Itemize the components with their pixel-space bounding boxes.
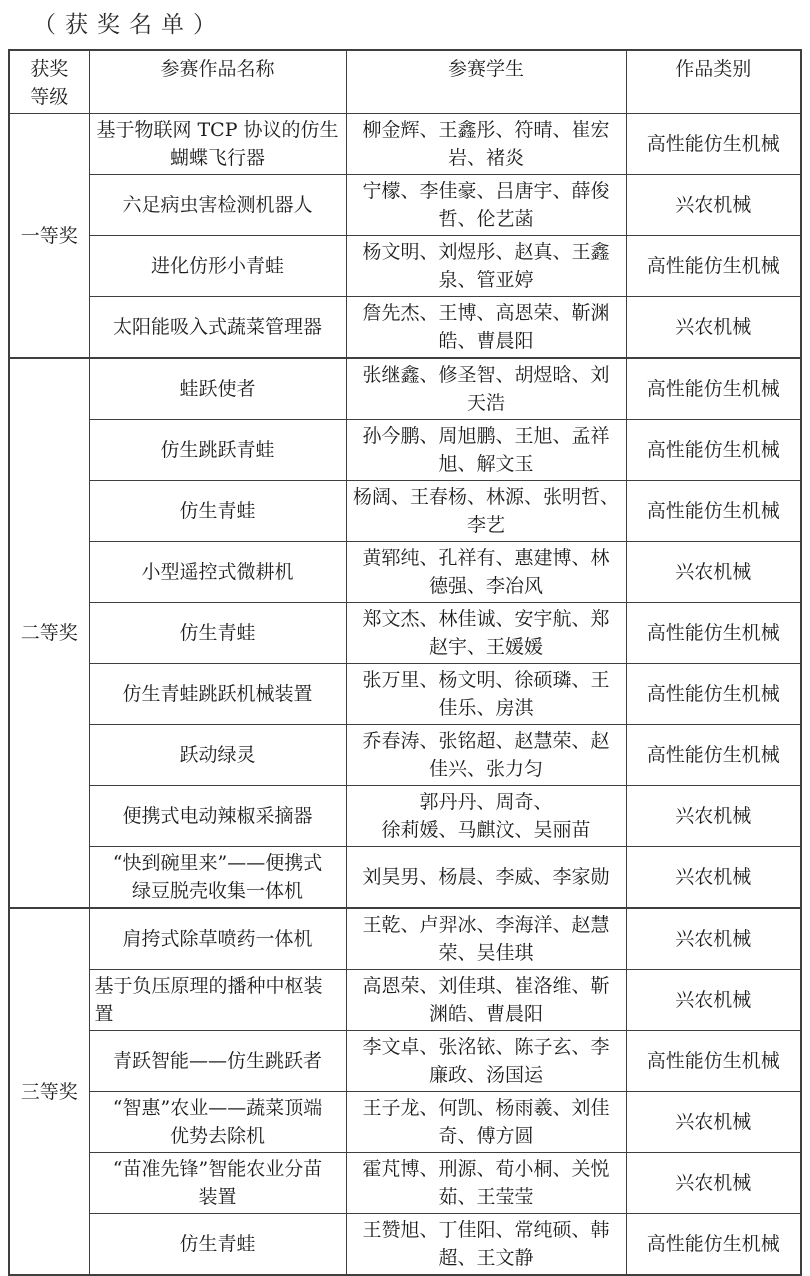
students-cell: 宁檬、李佳豪、吕唐宇、薛俊 哲、伦艺菡: [346, 175, 626, 236]
table-row: 青跃智能——仿生跳跃者李文卓、张洺铱、陈子玄、李 廉政、汤国运高性能仿生机械: [9, 1031, 801, 1092]
students-cell: 詹先杰、王博、高恩荣、靳渊 皓、曹晨阳: [346, 297, 626, 359]
table-row: “苗准先锋”智能农业分苗 装置霍芃博、刑源、荀小桐、关悦 茹、王莹莹兴农机械: [9, 1153, 801, 1214]
table-row: 仿生跳跃青蛙孙今鹏、周旭鹏、王旭、孟祥 旭、解文玉高性能仿生机械: [9, 420, 801, 481]
students-cell: 李文卓、张洺铱、陈子玄、李 廉政、汤国运: [346, 1031, 626, 1092]
header-row: 获奖 等级 参赛作品名称 参赛学生 作品类别: [9, 50, 801, 114]
table-row: 太阳能吸入式蔬菜管理器詹先杰、王博、高恩荣、靳渊 皓、曹晨阳兴农机械: [9, 297, 801, 359]
table-row: 仿生青蛙跳跃机械装置张万里、杨文明、徐硕璘、王 佳乐、房淇高性能仿生机械: [9, 664, 801, 725]
category-cell: 高性能仿生机械: [626, 664, 801, 725]
award-level-cell: 一等奖: [9, 114, 89, 359]
work-name-cell: “苗准先锋”智能农业分苗 装置: [89, 1153, 346, 1214]
category-cell: 高性能仿生机械: [626, 236, 801, 297]
header-award-level: 获奖 等级: [9, 50, 89, 114]
work-name-cell: 仿生青蛙: [89, 603, 346, 664]
category-cell: 兴农机械: [626, 297, 801, 359]
table-row: 小型遥控式微耕机黄郓纯、孔祥有、惠建博、林 德强、李冶风兴农机械: [9, 542, 801, 603]
work-name-cell: 基于物联网 TCP 协议的仿生 蝴蝶飞行器: [89, 114, 346, 175]
table-row: 一等奖基于物联网 TCP 协议的仿生 蝴蝶飞行器柳金辉、王鑫彤、符晴、崔宏 岩、…: [9, 114, 801, 175]
header-work-name: 参赛作品名称: [89, 50, 346, 114]
students-cell: 王赞旭、丁佳阳、常纯硕、韩 超、王文静: [346, 1214, 626, 1276]
award-level-cell: 三等奖: [9, 908, 89, 1275]
category-cell: 兴农机械: [626, 786, 801, 847]
work-name-cell: 太阳能吸入式蔬菜管理器: [89, 297, 346, 359]
category-cell: 高性能仿生机械: [626, 420, 801, 481]
work-name-cell: 仿生青蛙: [89, 1214, 346, 1276]
table-row: “智惠”农业——蔬菜顶端 优势去除机王子龙、何凯、杨雨羲、刘佳 奇、傅方圆兴农机…: [9, 1092, 801, 1153]
students-cell: 乔春涛、张铭超、赵慧荣、赵 佳兴、张力匀: [346, 725, 626, 786]
category-cell: 高性能仿生机械: [626, 114, 801, 175]
students-cell: 张万里、杨文明、徐硕璘、王 佳乐、房淇: [346, 664, 626, 725]
students-cell: 杨文明、刘煜彤、赵真、王鑫 泉、管亚婷: [346, 236, 626, 297]
students-cell: 王乾、卢羿冰、李海洋、赵慧 荣、吴佳琪: [346, 908, 626, 970]
work-name-cell: 仿生跳跃青蛙: [89, 420, 346, 481]
table-row: 基于负压原理的播种中枢装 置高恩荣、刘佳琪、崔洛维、靳 渊皓、曹晨阳兴农机械: [9, 970, 801, 1031]
category-cell: 兴农机械: [626, 542, 801, 603]
table-row: 二等奖蛙跃使者张继鑫、修圣智、胡煜晗、刘 天浩高性能仿生机械: [9, 358, 801, 420]
page-title: （获奖名单）: [33, 6, 810, 39]
category-cell: 高性能仿生机械: [626, 481, 801, 542]
students-cell: 黄郓纯、孔祥有、惠建博、林 德强、李冶风: [346, 542, 626, 603]
work-name-cell: 仿生青蛙跳跃机械装置: [89, 664, 346, 725]
table-row: 进化仿形小青蛙杨文明、刘煜彤、赵真、王鑫 泉、管亚婷高性能仿生机械: [9, 236, 801, 297]
header-category: 作品类别: [626, 50, 801, 114]
students-cell: 刘昊男、杨晨、李威、李家勋: [346, 847, 626, 909]
work-name-cell: 青跃智能——仿生跳跃者: [89, 1031, 346, 1092]
table-row: 六足病虫害检测机器人宁檬、李佳豪、吕唐宇、薛俊 哲、伦艺菡兴农机械: [9, 175, 801, 236]
students-cell: 郑文杰、林佳诚、安宇航、郑 赵宇、王媛媛: [346, 603, 626, 664]
table-row: 便携式电动辣椒采摘器郭丹丹、周奇、 徐莉媛、马麒汶、吴丽苗兴农机械: [9, 786, 801, 847]
work-name-cell: 跃动绿灵: [89, 725, 346, 786]
work-name-cell: 基于负压原理的播种中枢装 置: [89, 970, 346, 1031]
category-cell: 兴农机械: [626, 1153, 801, 1214]
students-cell: 霍芃博、刑源、荀小桐、关悦 茹、王莹莹: [346, 1153, 626, 1214]
category-cell: 高性能仿生机械: [626, 725, 801, 786]
category-cell: 兴农机械: [626, 908, 801, 970]
table-header: 获奖 等级 参赛作品名称 参赛学生 作品类别: [9, 50, 801, 114]
table-row: 仿生青蛙杨阔、王春杨、林源、张明哲、 李艺高性能仿生机械: [9, 481, 801, 542]
table-row: 仿生青蛙郑文杰、林佳诚、安宇航、郑 赵宇、王媛媛高性能仿生机械: [9, 603, 801, 664]
table-row: 三等奖肩挎式除草喷药一体机王乾、卢羿冰、李海洋、赵慧 荣、吴佳琪兴农机械: [9, 908, 801, 970]
category-cell: 兴农机械: [626, 847, 801, 909]
category-cell: 兴农机械: [626, 175, 801, 236]
work-name-cell: 六足病虫害检测机器人: [89, 175, 346, 236]
category-cell: 高性能仿生机械: [626, 1031, 801, 1092]
document-page: （获奖名单） 获奖 等级 参赛作品名称 参赛学生 作品类别 一等奖基于物联网 T…: [0, 0, 810, 1276]
work-name-cell: 小型遥控式微耕机: [89, 542, 346, 603]
table-row: 跃动绿灵乔春涛、张铭超、赵慧荣、赵 佳兴、张力匀高性能仿生机械: [9, 725, 801, 786]
students-cell: 孙今鹏、周旭鹏、王旭、孟祥 旭、解文玉: [346, 420, 626, 481]
category-cell: 高性能仿生机械: [626, 1214, 801, 1276]
category-cell: 兴农机械: [626, 970, 801, 1031]
work-name-cell: 便携式电动辣椒采摘器: [89, 786, 346, 847]
header-students: 参赛学生: [346, 50, 626, 114]
category-cell: 兴农机械: [626, 1092, 801, 1153]
award-level-cell: 二等奖: [9, 358, 89, 908]
awards-table: 获奖 等级 参赛作品名称 参赛学生 作品类别 一等奖基于物联网 TCP 协议的仿…: [8, 49, 802, 1276]
students-cell: 王子龙、何凯、杨雨羲、刘佳 奇、傅方圆: [346, 1092, 626, 1153]
table-body: 一等奖基于物联网 TCP 协议的仿生 蝴蝶飞行器柳金辉、王鑫彤、符晴、崔宏 岩、…: [9, 114, 801, 1276]
students-cell: 张继鑫、修圣智、胡煜晗、刘 天浩: [346, 358, 626, 420]
students-cell: 杨阔、王春杨、林源、张明哲、 李艺: [346, 481, 626, 542]
students-cell: 高恩荣、刘佳琪、崔洛维、靳 渊皓、曹晨阳: [346, 970, 626, 1031]
category-cell: 高性能仿生机械: [626, 603, 801, 664]
table-row: 仿生青蛙王赞旭、丁佳阳、常纯硕、韩 超、王文静高性能仿生机械: [9, 1214, 801, 1276]
work-name-cell: 肩挎式除草喷药一体机: [89, 908, 346, 970]
students-cell: 郭丹丹、周奇、 徐莉媛、马麒汶、吴丽苗: [346, 786, 626, 847]
work-name-cell: 仿生青蛙: [89, 481, 346, 542]
work-name-cell: 蛙跃使者: [89, 358, 346, 420]
work-name-cell: 进化仿形小青蛙: [89, 236, 346, 297]
category-cell: 高性能仿生机械: [626, 358, 801, 420]
work-name-cell: “智惠”农业——蔬菜顶端 优势去除机: [89, 1092, 346, 1153]
table-row: “快到碗里来”——便携式 绿豆脱壳收集一体机刘昊男、杨晨、李威、李家勋兴农机械: [9, 847, 801, 909]
students-cell: 柳金辉、王鑫彤、符晴、崔宏 岩、褚炎: [346, 114, 626, 175]
work-name-cell: “快到碗里来”——便携式 绿豆脱壳收集一体机: [89, 847, 346, 909]
